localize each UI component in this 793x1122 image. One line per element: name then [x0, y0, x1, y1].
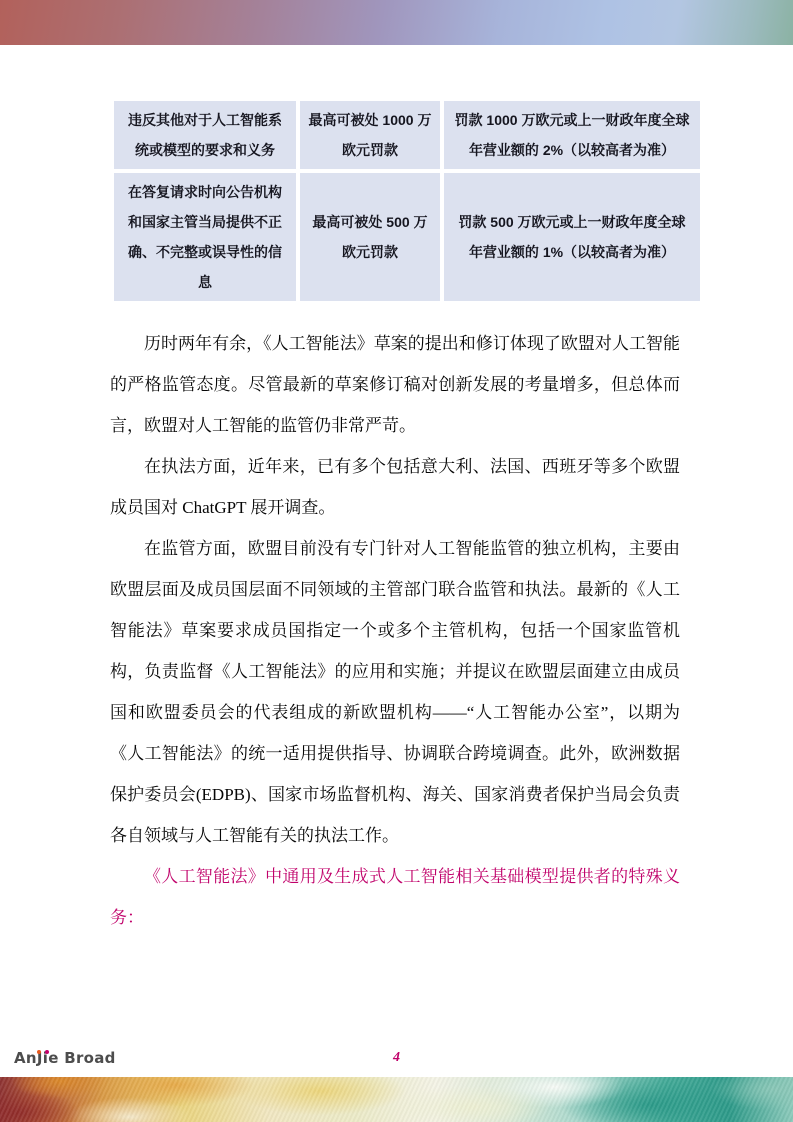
- page-number: 4: [0, 1050, 793, 1066]
- top-gradient-bar: [0, 0, 793, 45]
- document-page: 违反其他对于人工智能系统或模型的要求和义务 最高可被处 1000 万欧元罚款 罚…: [0, 0, 793, 1122]
- body-paragraph: 历时两年有余，《人工智能法》草案的提出和修订体现了欧盟对人工智能的严格监管态度。…: [110, 323, 680, 446]
- table-cell-obligation: 违反其他对于人工智能系统或模型的要求和义务: [114, 101, 296, 169]
- section-heading: 《人工智能法》中通用及生成式人工智能相关基础模型提供者的特殊义务：: [110, 856, 680, 938]
- fines-table: 违反其他对于人工智能系统或模型的要求和义务 最高可被处 1000 万欧元罚款 罚…: [110, 97, 704, 305]
- table-cell-obligation: 在答复请求时向公告机构和国家主管当局提供不正确、不完整或误导性的信息: [114, 173, 296, 301]
- table-cell-fine-detail: 罚款 500 万欧元或上一财政年度全球年营业额的 1%（以较高者为准）: [444, 173, 700, 301]
- bottom-paint-strip: [0, 1077, 793, 1122]
- body-paragraph: 在执法方面，近年来，已有多个包括意大利、法国、西班牙等多个欧盟成员国对 Chat…: [110, 446, 680, 528]
- table-row: 在答复请求时向公告机构和国家主管当局提供不正确、不完整或误导性的信息 最高可被处…: [114, 173, 700, 301]
- table-cell-fine-summary: 最高可被处 1000 万欧元罚款: [300, 101, 440, 169]
- body-text-block: 历时两年有余，《人工智能法》草案的提出和修订体现了欧盟对人工智能的严格监管态度。…: [110, 323, 680, 938]
- body-paragraph: 在监管方面，欧盟目前没有专门针对人工智能监管的独立机构，主要由欧盟层面及成员国层…: [110, 528, 680, 856]
- table-cell-fine-summary: 最高可被处 500 万欧元罚款: [300, 173, 440, 301]
- page-content: 违反其他对于人工智能系统或模型的要求和义务 最高可被处 1000 万欧元罚款 罚…: [110, 97, 680, 938]
- table-cell-fine-detail: 罚款 1000 万欧元或上一财政年度全球年营业额的 2%（以较高者为准）: [444, 101, 700, 169]
- table-row: 违反其他对于人工智能系统或模型的要求和义务 最高可被处 1000 万欧元罚款 罚…: [114, 101, 700, 169]
